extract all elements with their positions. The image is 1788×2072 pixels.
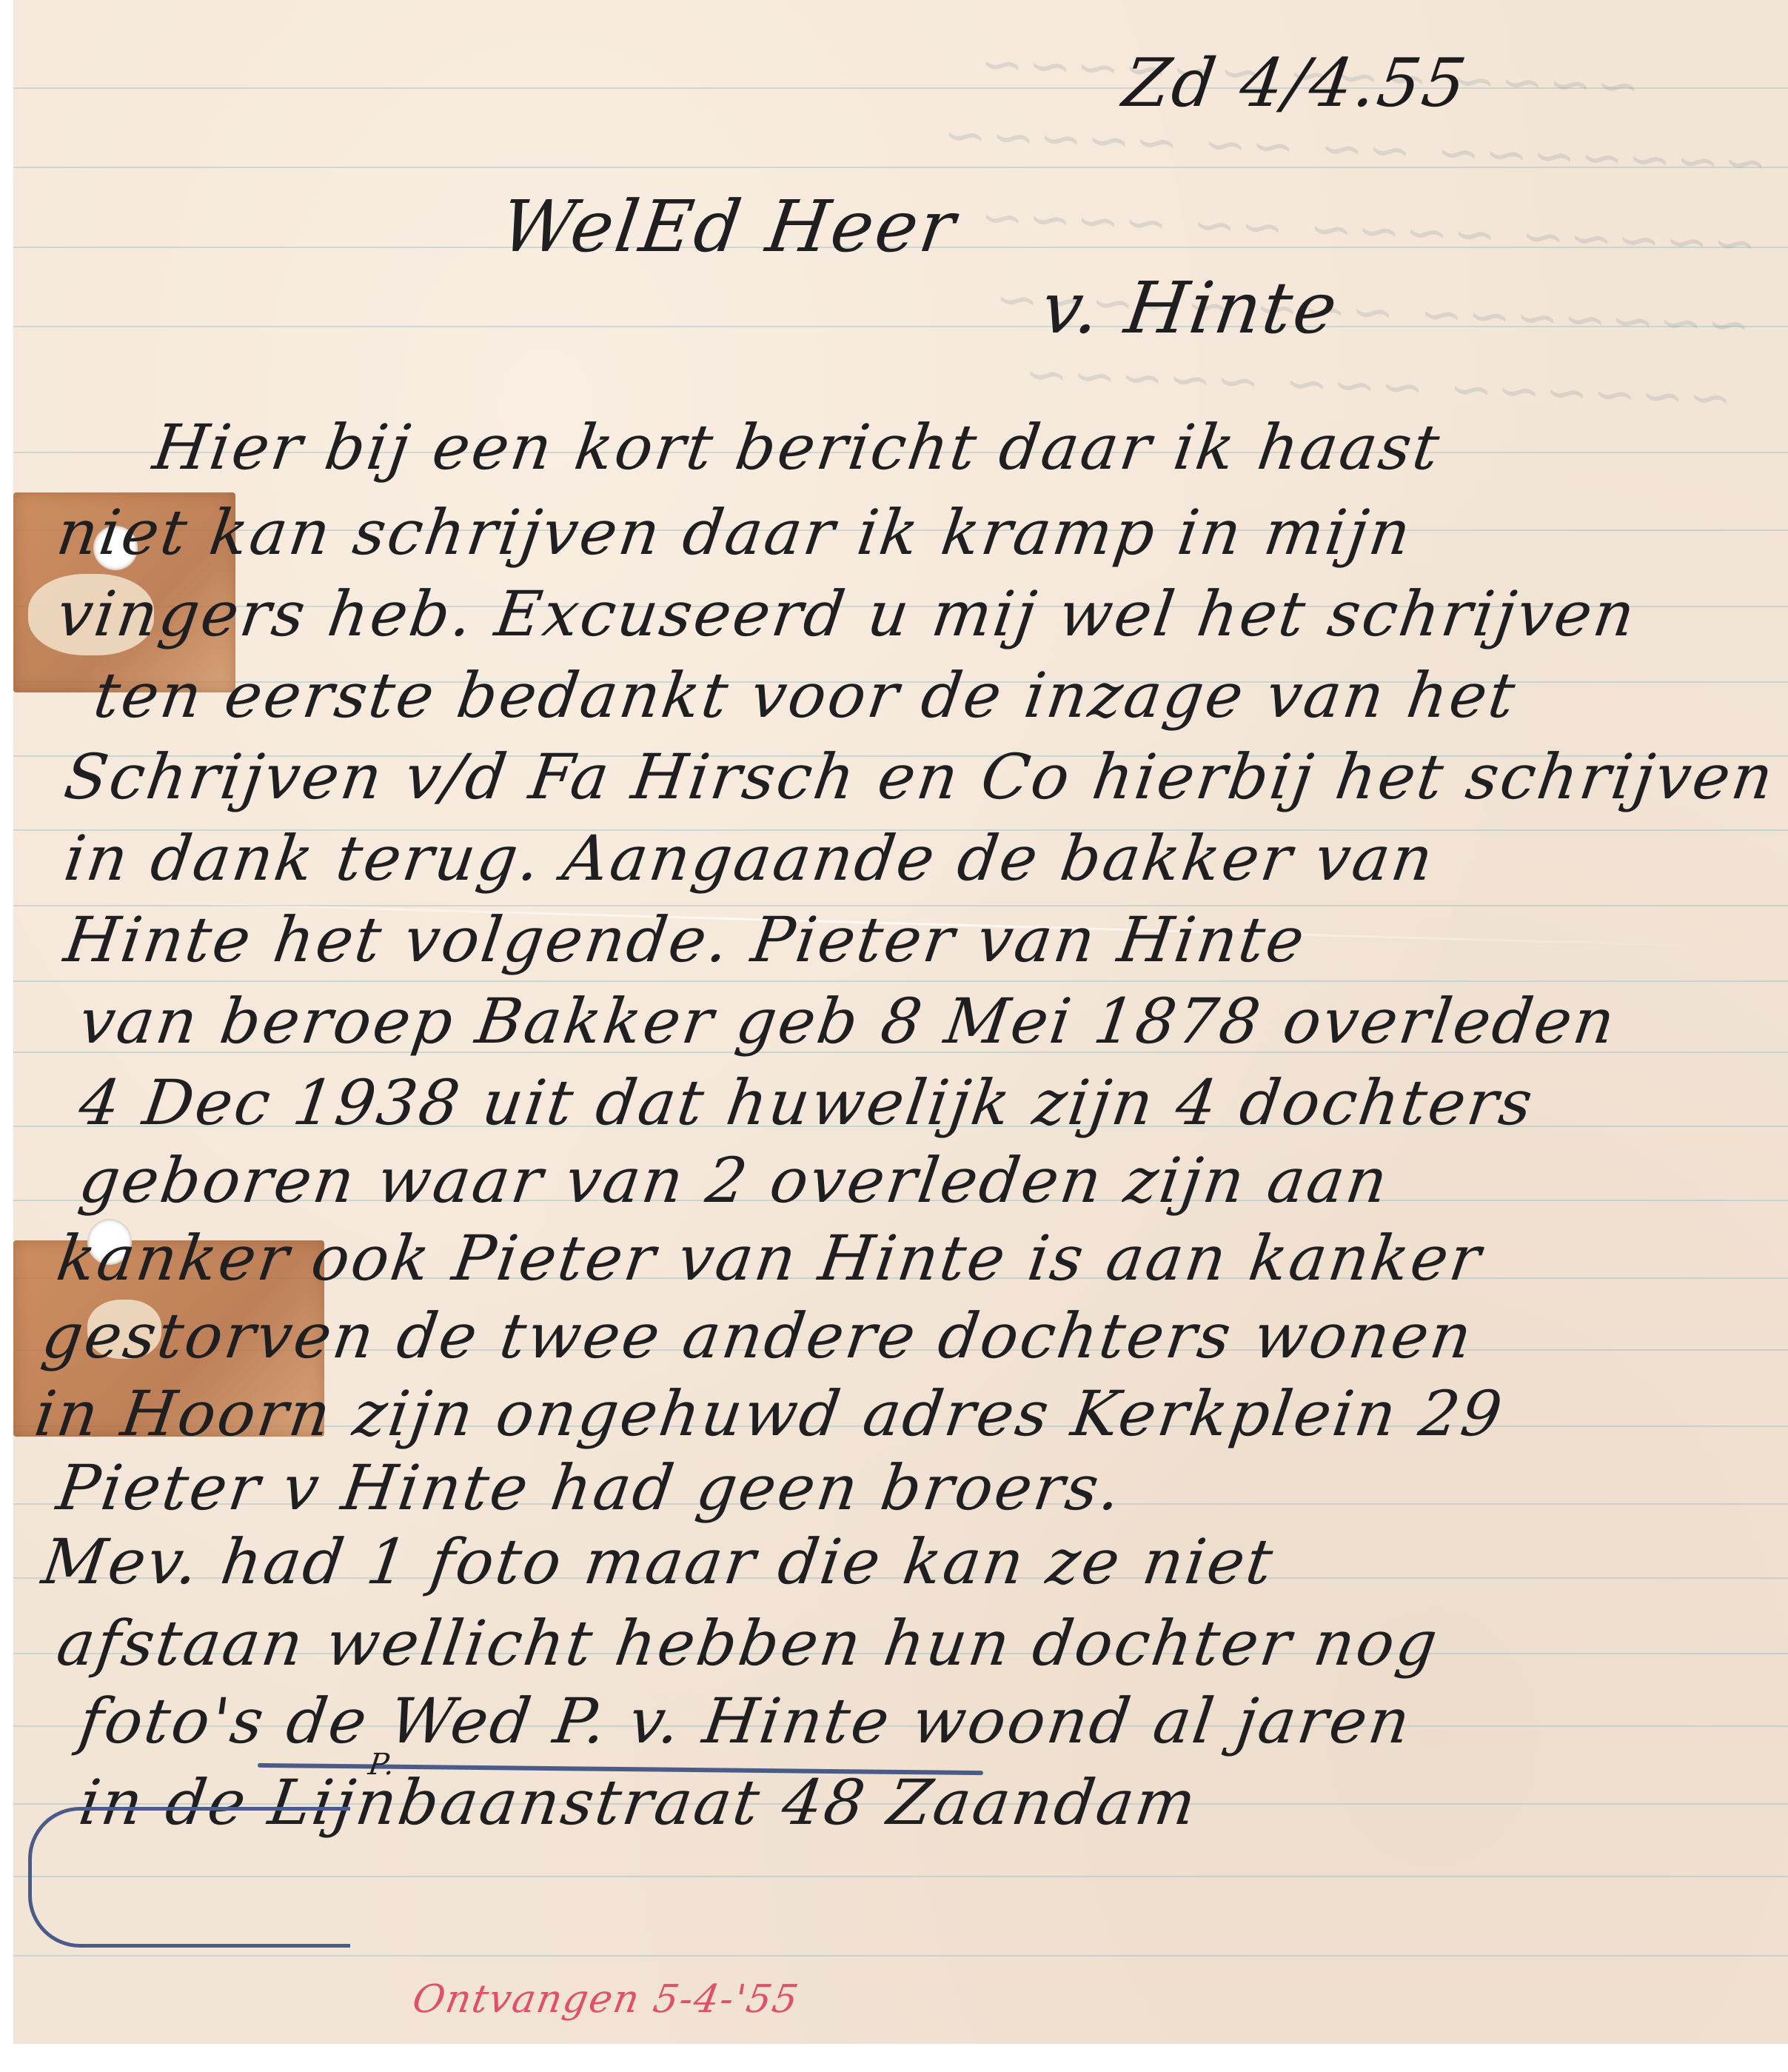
body-line: afstaan wellicht hebben hun dochter nog — [53, 1607, 1444, 1680]
body-line: Pieter v Hinte had geen broers. — [53, 1451, 1128, 1524]
body-line: kanker ook Pieter van Hinte is aan kanke… — [53, 1222, 1487, 1294]
body-line: vingers heb. Excuseerd u mij wel het sch… — [53, 578, 1641, 650]
salutation-line-2: v. Hinte — [1037, 267, 1344, 350]
body-line: niet kan schrijven daar ik kramp in mijn — [53, 496, 1417, 569]
body-line: foto's de Wed P. v. Hinte woond al jaren — [75, 1685, 1416, 1757]
body-line: Mev. had 1 foto maar die kan ze niet — [38, 1525, 1279, 1598]
body-line: Schrijven v/d Fa Hirsch en Co hierbij he… — [60, 741, 1779, 813]
body-line: geboren waar van 2 overleden zijn aan — [75, 1144, 1394, 1217]
letter-page: ~~~~ ~~~ ~~~~~~ ~~~~~~~ ~~ ~~ ~~~~~ ~~~~… — [13, 0, 1788, 2044]
body-line: in Hoorn zijn ongehuwd adres Kerkplein 2… — [30, 1377, 1508, 1450]
salutation-line-1: WelEd Heer — [496, 185, 962, 268]
body-line: in dank terug. Aangaande de bakker van — [60, 822, 1439, 895]
body-line: Hier bij een kort bericht daar ik haast — [149, 411, 1446, 484]
show-through-text: ~~~~~ ~~~~ ~~ ~~~~ — [975, 187, 1758, 275]
body-line: gestorven de twee andere dochters wonen — [38, 1300, 1478, 1372]
ruled-line — [13, 980, 1788, 982]
place-date: Zd 4/4.55 — [1119, 44, 1473, 122]
body-line: Hinte het volgende. Pieter van Hinte — [60, 903, 1310, 976]
received-annotation: Ontvangen 5-4-'55 — [409, 1977, 803, 2022]
body-line: van beroep Bakker geb 8 Mei 1878 overled… — [75, 985, 1621, 1057]
interlinear-mark: P. — [366, 1748, 399, 1782]
ruled-line — [13, 1955, 1788, 1956]
body-line: ten eerste bedankt voor de inzage van he… — [90, 659, 1521, 732]
body-line: 4 Dec 1938 uit dat huwelijk zijn 4 docht… — [75, 1066, 1538, 1139]
blue-pencil-bracket — [28, 1807, 350, 1948]
